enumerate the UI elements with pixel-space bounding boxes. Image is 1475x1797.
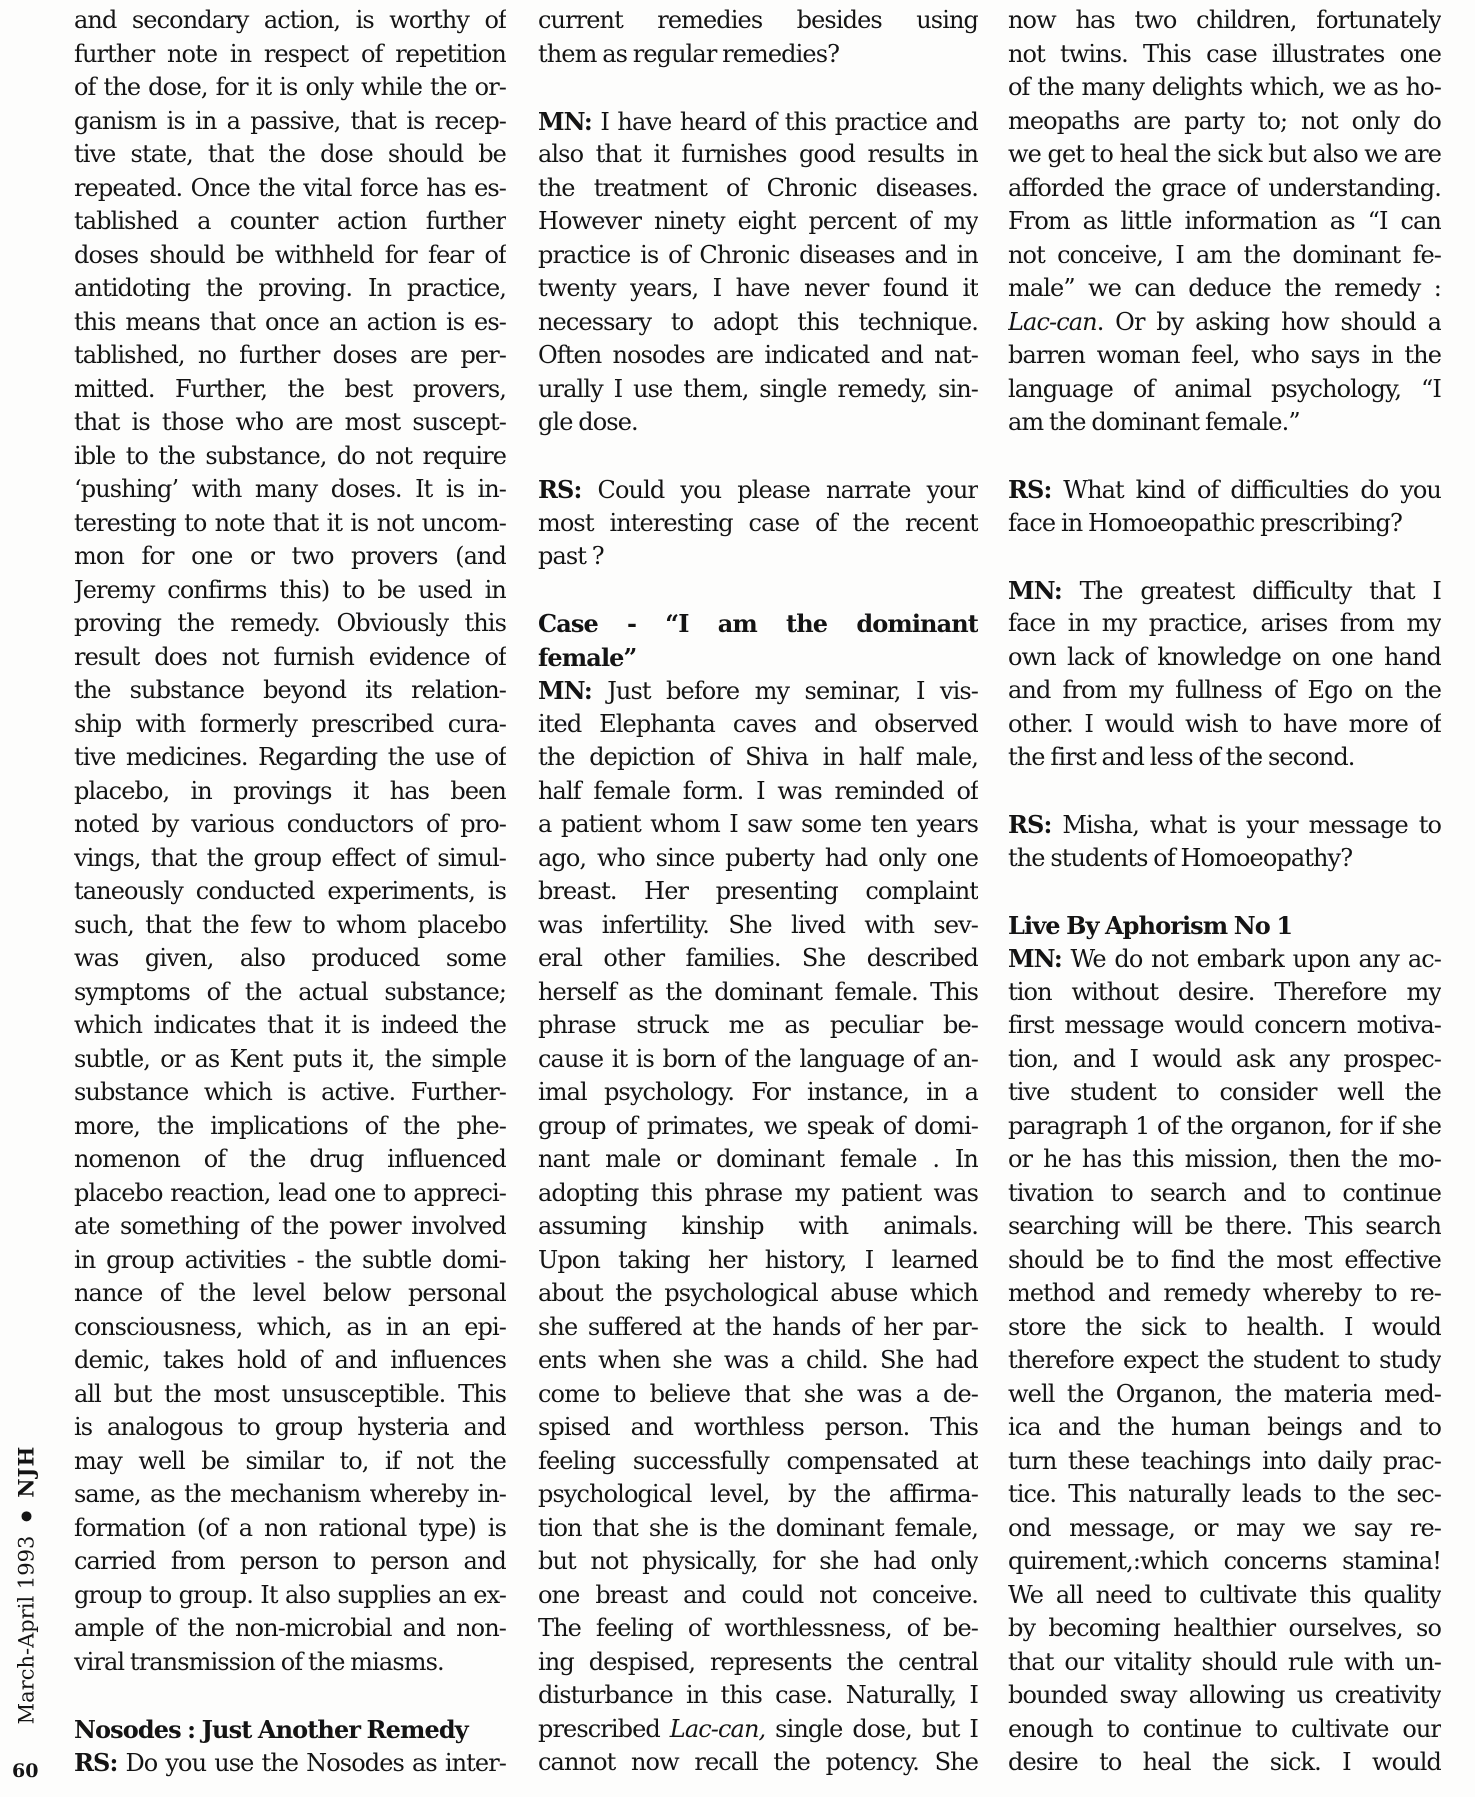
text-line: she suffered at the hands of her par- <box>538 1311 978 1345</box>
text-line: may well be similar to, if not the <box>74 1445 506 1479</box>
text-line: come to believe that she was a de- <box>538 1378 978 1412</box>
text-line: them as regular remedies? <box>538 38 978 72</box>
paragraph-gap <box>538 574 978 608</box>
text-line: imal psychology. For instance, in a <box>538 1076 978 1110</box>
text-line: placebo, in provings it has been <box>74 775 506 809</box>
text-line: most interesting case of the recent <box>538 507 978 541</box>
text-line: further note in respect of repetition <box>74 38 506 72</box>
speaker-label: RS: <box>538 475 581 504</box>
section-heading-nosodes: Nosodes : Just Another Remedy <box>74 1713 506 1747</box>
text-line: male” we can deduce the remedy : <box>1008 272 1441 306</box>
text-line: was infertility. She lived with sev- <box>538 909 978 943</box>
text-line: this means that once an action is es- <box>74 306 506 340</box>
text-line: Upon taking her history, I learned <box>538 1244 978 1278</box>
question-line: RS: Misha, what is your message to <box>1008 808 1441 842</box>
text-line: ample of the non-microbial and non- <box>74 1612 506 1646</box>
text-line: bounded sway allowing us creativity <box>1008 1679 1441 1713</box>
text-fragment: Do you use the Nosodes as inter- <box>117 1749 506 1777</box>
text-line: is analogous to group hysteria and <box>74 1411 506 1445</box>
text-fragment: Just before my seminar, I vis- <box>592 677 978 705</box>
text-line: Lac-can. Or by asking how should a <box>1008 306 1441 340</box>
text-line: We all need to cultivate this quality <box>1008 1579 1441 1613</box>
text-line: store the sick to health. I would <box>1008 1311 1441 1345</box>
text-line: teresting to note that it is not uncom- <box>74 507 506 541</box>
text-line: tivation to search and to continue <box>1008 1177 1441 1211</box>
text-line: barren woman feel, who says in the <box>1008 339 1441 373</box>
text-line: prescribed Lac-can, single dose, but I <box>538 1713 978 1747</box>
answer-line: MN: The greatest difficulty that I <box>1008 574 1441 608</box>
bullet-separator-icon <box>21 1512 31 1522</box>
section-heading-aphorism: Live By Aphorism No 1 <box>1008 909 1441 943</box>
text-line: phrase struck me as peculiar be- <box>538 1009 978 1043</box>
text-line: by becoming healthier ourselves, so <box>1008 1612 1441 1646</box>
text-line: about the psychological abuse which <box>538 1277 978 1311</box>
text-line: viral transmission of the miasms. <box>74 1646 506 1680</box>
text-line: ago, who since puberty had only one <box>538 842 978 876</box>
text-line: not twins. This case illustrates one <box>1008 38 1441 72</box>
text-fragment: What kind of difficulties do you <box>1051 476 1441 504</box>
speaker-label: MN: <box>538 107 592 136</box>
text-line: that is those who are most suscept- <box>74 406 506 440</box>
issue-date: March-April 1993 <box>14 1536 38 1725</box>
text-line: we get to heal the sick but also we are <box>1008 138 1441 172</box>
text-line: but not physically, for she had only <box>538 1545 978 1579</box>
text-line: face in Homoeopathic prescribing? <box>1008 507 1441 541</box>
text-line: current remedies besides using <box>538 4 978 38</box>
question-line: RS: Do you use the Nosodes as inter- <box>74 1746 506 1780</box>
text-line: tice. This naturally leads to the sec- <box>1008 1478 1441 1512</box>
section-heading-case-cont: female” <box>538 641 978 675</box>
answer-line: MN: I have heard of this practice and <box>538 105 978 139</box>
text-line: twenty years, I have never found it <box>538 272 978 306</box>
remedy-name: Lac-can, <box>670 1715 765 1743</box>
text-line: afforded the grace of understanding. <box>1008 172 1441 206</box>
text-line: necessary to adopt this technique. <box>538 306 978 340</box>
text-line: doses should be withheld for fear of <box>74 239 506 273</box>
text-line: symptoms of the actual substance; <box>74 976 506 1010</box>
text-line: the depiction of Shiva in half male, <box>538 741 978 775</box>
page-footer-sidebar: March-April 1993 NJH <box>6 1415 46 1755</box>
text-line: ganism is in a passive, that is recep- <box>74 105 506 139</box>
text-line: and secondary action, is worthy of <box>74 4 506 38</box>
text-line: demic, takes hold of and influences <box>74 1344 506 1378</box>
text-fragment: single dose, but I <box>765 1715 978 1743</box>
text-line: proving the remedy. Obviously this <box>74 607 506 641</box>
speaker-label: RS: <box>1008 475 1051 504</box>
paragraph-gap <box>74 1679 506 1713</box>
text-line: carried from person to person and <box>74 1545 506 1579</box>
text-fragment: The greatest difficulty that I <box>1062 577 1441 605</box>
text-column-1: and secondary action, is worthy of furth… <box>74 4 506 1780</box>
text-line: not conceive, I am the dominant fe- <box>1008 239 1441 273</box>
page-number: 60 <box>12 1760 38 1782</box>
text-line: tive medicines. Regarding the use of <box>74 741 506 775</box>
text-line: nance of the level below personal <box>74 1277 506 1311</box>
text-line: gle dose. <box>538 406 978 440</box>
text-line: half female form. I was reminded of <box>538 775 978 809</box>
text-line: also that it furnishes good results in <box>538 138 978 172</box>
text-line: tive student to consider well the <box>1008 1076 1441 1110</box>
text-line: quirement,:which concerns stamina! <box>1008 1545 1441 1579</box>
text-line: of the many delights which, we as ho- <box>1008 71 1441 105</box>
text-line: all but the most unsusceptible. This <box>74 1378 506 1412</box>
text-fragment: Misha, what is your message to <box>1051 811 1441 839</box>
text-line: group to group. It also supplies an ex- <box>74 1579 506 1613</box>
text-line: was given, also produced some <box>74 942 506 976</box>
text-line: spised and worthless person. This <box>538 1411 978 1445</box>
text-fragment: We do not embark upon any ac- <box>1062 945 1441 973</box>
text-line: now has two children, fortunately <box>1008 4 1441 38</box>
question-line: RS: Could you please narrate your <box>538 473 978 507</box>
text-line: tion that she is the dominant female, <box>538 1512 978 1546</box>
text-line: disturbance in this case. Naturally, I <box>538 1679 978 1713</box>
text-line: tion, and I would ask any prospec- <box>1008 1043 1441 1077</box>
text-line: ing despised, represents the central <box>538 1646 978 1680</box>
answer-line: MN: We do not embark upon any ac- <box>1008 942 1441 976</box>
remedy-name: Lac-can <box>1008 308 1097 336</box>
text-line: result does not furnish evidence of <box>74 641 506 675</box>
paragraph-gap <box>538 440 978 474</box>
text-line: adopting this phrase my patient was <box>538 1177 978 1211</box>
text-line: Often nosodes are indicated and nat- <box>538 339 978 373</box>
text-line: first message would concern motiva- <box>1008 1009 1441 1043</box>
speaker-label: RS: <box>74 1748 117 1777</box>
journal-name: NJH <box>14 1446 39 1498</box>
text-line: the first and less of the second. <box>1008 741 1441 775</box>
text-line: ica and the human beings and to <box>1008 1411 1441 1445</box>
text-line: ship with formerly prescribed cura- <box>74 708 506 742</box>
text-line: the treatment of Chronic diseases. <box>538 172 978 206</box>
text-line: or he has this mission, then the mo- <box>1008 1143 1441 1177</box>
text-line: mitted. Further, the best provers, <box>74 373 506 407</box>
text-line: feeling successfully compensated at <box>538 1445 978 1479</box>
text-line: nant male or dominant female . In <box>538 1143 978 1177</box>
speaker-label: MN: <box>1008 576 1062 605</box>
text-line: substance which is active. Further- <box>74 1076 506 1110</box>
text-line: am the dominant female.” <box>1008 406 1441 440</box>
text-fragment: I have heard of this practice and <box>592 108 978 136</box>
text-column-2: current remedies besides using them as r… <box>538 4 978 1780</box>
text-line: searching will be there. This search <box>1008 1210 1441 1244</box>
text-line: formation (of a non rational type) is <box>74 1512 506 1546</box>
text-line: paragraph 1 of the organon, for if she <box>1008 1110 1441 1144</box>
answer-line: MN: Just before my seminar, I vis- <box>538 674 978 708</box>
text-line: ‘pushing’ with many doses. It is in- <box>74 473 506 507</box>
text-line: face in my practice, arises from my <box>1008 607 1441 641</box>
text-line: urally I use them, single remedy, sin- <box>538 373 978 407</box>
paragraph-gap <box>538 71 978 105</box>
text-line: antidoting the proving. In practice, <box>74 272 506 306</box>
text-line: other. I would wish to have more of <box>1008 708 1441 742</box>
text-line: of the dose, for it is only while the or… <box>74 71 506 105</box>
text-line: assuming kinship with animals. <box>538 1210 978 1244</box>
text-line: tive state, that the dose should be <box>74 138 506 172</box>
text-line: and from my fullness of Ego on the <box>1008 674 1441 708</box>
magazine-page: and secondary action, is worthy of furth… <box>0 0 1475 1797</box>
text-line: that our vitality should rule with un- <box>1008 1646 1441 1680</box>
text-line: one breast and could not conceive. <box>538 1579 978 1613</box>
text-line: repeated. Once the vital force has es- <box>74 172 506 206</box>
text-line: ible to the substance, do not require <box>74 440 506 474</box>
text-line: From as little information as “I can <box>1008 205 1441 239</box>
text-line: turn these teachings into daily prac- <box>1008 1445 1441 1479</box>
text-line: Jeremy confirms this) to be used in <box>74 574 506 608</box>
text-line: ate something of the power involved <box>74 1210 506 1244</box>
text-line: placebo reaction, lead one to appreci- <box>74 1177 506 1211</box>
text-line: subtle, or as Kent puts it, the simple <box>74 1043 506 1077</box>
section-heading-case: Case - “I am the dominant <box>538 607 978 641</box>
text-line: which indicates that it is indeed the <box>74 1009 506 1043</box>
text-line: eral other families. She described <box>538 942 978 976</box>
text-line: tablished a counter action further <box>74 205 506 239</box>
text-line: breast. Her presenting complaint <box>538 875 978 909</box>
text-line: herself as the dominant female. This <box>538 976 978 1010</box>
text-line: in group activities - the subtle domi- <box>74 1244 506 1278</box>
text-line: desire to heal the sick. I would <box>1008 1746 1441 1780</box>
text-line: same, as the mechanism whereby in- <box>74 1478 506 1512</box>
text-line: past ? <box>538 540 978 574</box>
text-line: cannot now recall the potency. She <box>538 1746 978 1780</box>
text-line: the substance beyond its relation- <box>74 674 506 708</box>
text-line: However ninety eight percent of my <box>538 205 978 239</box>
text-line: tablished, no further doses are per- <box>74 339 506 373</box>
text-line: psychological level, by the affirma- <box>538 1478 978 1512</box>
text-line: ited Elephanta caves and observed <box>538 708 978 742</box>
text-line: method and remedy whereby to re- <box>1008 1277 1441 1311</box>
text-line: consciousness, which, as in an epi- <box>74 1311 506 1345</box>
text-line: group of primates, we speak of domi- <box>538 1110 978 1144</box>
text-fragment: . Or by asking how should a <box>1097 308 1441 336</box>
speaker-label: MN: <box>538 676 592 705</box>
text-line: cause it is born of the language of an- <box>538 1043 978 1077</box>
text-line: vings, that the group effect of simul- <box>74 842 506 876</box>
text-line: meopaths are party to; not only do <box>1008 105 1441 139</box>
text-line: nomenon of the drug influenced <box>74 1143 506 1177</box>
text-line: more, the implications of the phe- <box>74 1110 506 1144</box>
text-line: practice is of Chronic diseases and in <box>538 239 978 273</box>
speaker-label: MN: <box>1008 944 1062 973</box>
text-line: well the Organon, the materia med- <box>1008 1378 1441 1412</box>
text-line: own lack of knowledge on one hand <box>1008 641 1441 675</box>
paragraph-gap <box>1008 540 1441 574</box>
text-line: ents when she was a child. She had <box>538 1344 978 1378</box>
paragraph-gap <box>1008 440 1441 474</box>
text-fragment: Could you please narrate your <box>581 476 978 504</box>
speaker-label: RS: <box>1008 810 1051 839</box>
text-line: enough to continue to cultivate our <box>1008 1713 1441 1747</box>
text-line: language of animal psychology, “I <box>1008 373 1441 407</box>
text-fragment: prescribed <box>538 1715 670 1743</box>
text-line: a patient whom I saw some ten years <box>538 808 978 842</box>
paragraph-gap <box>1008 775 1441 809</box>
text-line: should be to find the most effective <box>1008 1244 1441 1278</box>
text-line: such, that the few to whom placebo <box>74 909 506 943</box>
text-line: The feeling of worthlessness, of be- <box>538 1612 978 1646</box>
text-line: noted by various conductors of pro- <box>74 808 506 842</box>
text-line: therefore expect the student to study <box>1008 1344 1441 1378</box>
text-line: ond message, or may we say re- <box>1008 1512 1441 1546</box>
paragraph-gap <box>1008 875 1441 909</box>
text-column-3: now has two children, fortunately not tw… <box>1008 4 1441 1780</box>
text-line: the students of Homoeopathy? <box>1008 842 1441 876</box>
text-line: tion without desire. Therefore my <box>1008 976 1441 1010</box>
question-line: RS: What kind of difficulties do you <box>1008 473 1441 507</box>
text-line: mon for one or two provers (and <box>74 540 506 574</box>
text-line: taneously conducted experiments, is <box>74 875 506 909</box>
